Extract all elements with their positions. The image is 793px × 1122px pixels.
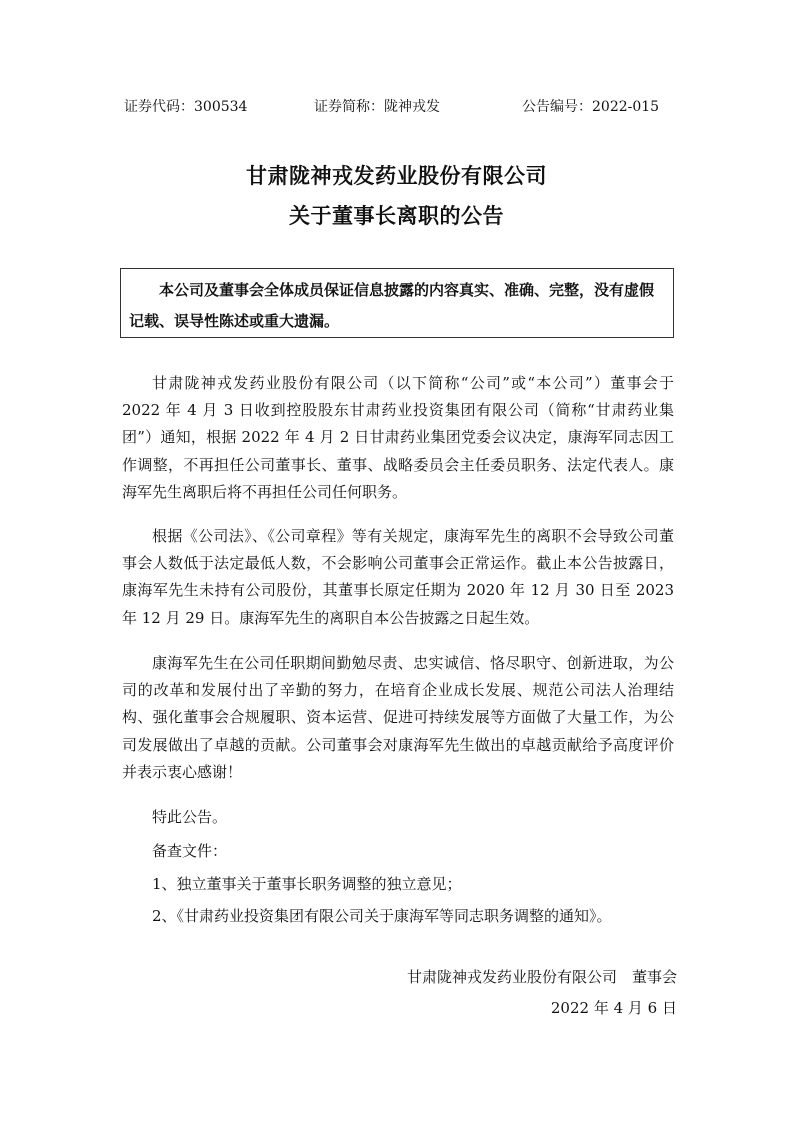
signature-company: 甘肃陇神戎发药业股份有限公司 董事会 xyxy=(407,966,677,987)
disclosure-notice-text: 本公司及董事会全体成员保证信息披露的内容真实、准确、完整，没有虚假记载、误导性陈… xyxy=(129,275,665,337)
signature-date: 2022 年 4 月 6 日 xyxy=(551,997,677,1018)
special-notice: 特此公告。 xyxy=(152,806,227,827)
document-header: 证券代码：300534 证券简称：陇神戎发 公告编号：2022-015 xyxy=(124,96,670,116)
document-title-company: 甘肃陇神戎发药业股份有限公司 xyxy=(0,160,793,190)
body-paragraph-2: 根据《公司法》、《公司章程》等有关规定，康海军先生的离职不会导致公司董事会人数低… xyxy=(122,523,674,632)
document-title-subject: 关于董事长离职的公告 xyxy=(0,200,793,230)
body-paragraph-1: 甘肃陇神戎发药业股份有限公司（以下简称“公司”或“本公司”）董事会于 2022 … xyxy=(122,370,674,506)
stock-abbreviation: 证券简称：陇神戎发 xyxy=(314,96,440,116)
reference-files-label: 备查文件： xyxy=(152,840,227,861)
announcement-number: 公告编号：2022-015 xyxy=(522,96,659,116)
disclosure-notice-box: 本公司及董事会全体成员保证信息披露的内容真实、准确、完整，没有虚假记载、误导性陈… xyxy=(120,268,674,338)
reference-file-2: 2、《甘肃药业投资集团有限公司关于康海军等同志职务调整的通知》。 xyxy=(152,905,612,926)
paragraph-text: 康海军先生在公司任职期间勤勉尽责、忠实诚信、恪尽职守、创新进取，为公司的改革和发… xyxy=(122,650,674,786)
stock-code: 证券代码：300534 xyxy=(124,96,247,116)
paragraph-text: 甘肃陇神戎发药业股份有限公司（以下简称“公司”或“本公司”）董事会于 2022 … xyxy=(122,370,674,506)
paragraph-text: 根据《公司法》、《公司章程》等有关规定，康海军先生的离职不会导致公司董事会人数低… xyxy=(122,523,674,632)
body-paragraph-3: 康海军先生在公司任职期间勤勉尽责、忠实诚信、恪尽职守、创新进取，为公司的改革和发… xyxy=(122,650,674,786)
reference-file-1: 1、独立董事关于董事长职务调整的独立意见； xyxy=(152,873,462,894)
